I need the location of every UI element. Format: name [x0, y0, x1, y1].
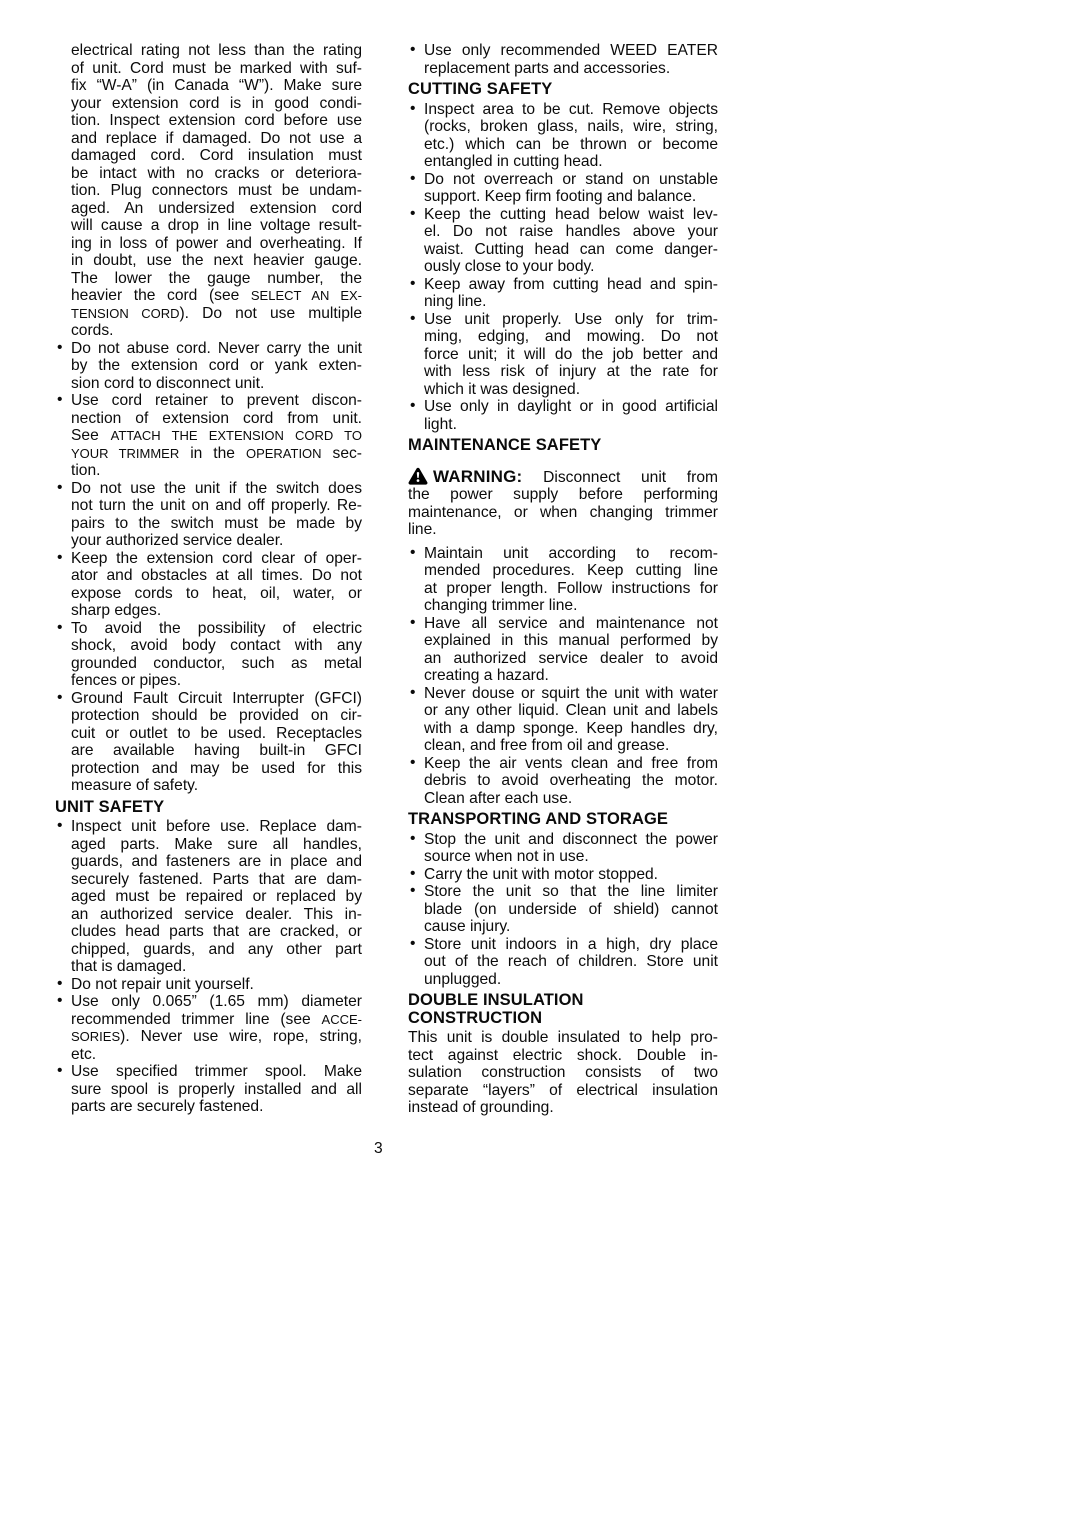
text-line: securely fastened. Parts that are dam-	[71, 871, 362, 889]
text-line: your extension cord is in good condi-	[71, 95, 362, 113]
text-line: ming, edging, and mowing. Do not	[424, 328, 718, 346]
bullet-item: •Maintain unit according to recom-mended…	[408, 545, 718, 615]
text-line: grounded conductor, such as metal	[71, 655, 362, 673]
text-line: measure of safety.	[71, 777, 362, 795]
text-line: are available having built-in GFCI	[71, 742, 362, 760]
text-line: Have all service and maintenance not	[424, 615, 718, 633]
text-line: an authorized service dealer to avoid	[424, 650, 718, 668]
text-line: debris to avoid overheating the motor.	[424, 772, 718, 790]
text-line: Do not use the unit if the switch does	[71, 480, 362, 498]
text-line: aged. An undersized extension cord	[71, 200, 362, 218]
text-line: tion. Inspect extension cord before use	[71, 112, 362, 130]
text-line: in doubt, use the next heavier gauge.	[71, 252, 362, 270]
bullet-marker: •	[57, 339, 62, 357]
bullet-marker: •	[410, 205, 415, 223]
text-line: Use only in daylight or in good artifici…	[424, 398, 718, 416]
text-line: mended procedures. Keep cutting line	[424, 562, 718, 580]
text-line: cause injury.	[424, 918, 718, 936]
text-line: expose cords to heat, oil, water, or	[71, 585, 362, 603]
bullet-item: •Stop the unit and disconnect the powers…	[408, 831, 718, 866]
bullet-item: •To avoid the possibility of electricsho…	[55, 620, 362, 690]
bullet-item: •Carry the unit with motor stopped.	[408, 866, 718, 884]
bullet-marker: •	[57, 975, 62, 993]
bullet-item: •Use only 0.065” (1.65 mm) diameterrecom…	[55, 993, 362, 1063]
bullet-marker: •	[57, 817, 62, 835]
text-line: light.	[424, 416, 718, 434]
bullet-marker: •	[410, 544, 415, 562]
text-line: UNIT SAFETY	[55, 799, 362, 817]
text-line: WARNING: Disconnect unit from	[408, 467, 718, 487]
document-page: electrical rating not less than the rati…	[0, 0, 1080, 1526]
text-line: Keep the air vents clean and free from	[424, 755, 718, 773]
text-line: replacement parts and accessories.	[424, 60, 718, 78]
text-segment: sec-	[322, 445, 362, 462]
text-line: clean, and free from oil and grease.	[424, 737, 718, 755]
text-line: sulation construction consists of two	[408, 1064, 718, 1082]
text-line: Inspect area to be cut. Remove objects	[424, 101, 718, 119]
text-line: Keep the extension cord clear of oper-	[71, 550, 362, 568]
text-line: cludes head parts that are cracked, or	[71, 923, 362, 941]
text-line: Clean after each use.	[424, 790, 718, 808]
text-segment: recommended trimmer line (see	[71, 1011, 322, 1028]
text-line: YOUR TRIMMER in the OPERATION sec-	[71, 445, 362, 463]
bullet-item: •Do not use the unit if the switch doesn…	[55, 480, 362, 550]
text-line: Use only recommended WEED EATER	[424, 42, 718, 60]
section-heading: CUTTING SAFETY	[408, 81, 718, 99]
text-line: be intact with no cracks or deteriora-	[71, 165, 362, 183]
text-line: Use unit properly. Use only for trim-	[424, 311, 718, 329]
bullet-marker: •	[57, 992, 62, 1010]
paragraph-continued: electrical rating not less than the rati…	[55, 42, 362, 340]
text-line: your authorized service dealer.	[71, 532, 362, 550]
text-line: etc.) which can be thrown or become	[424, 136, 718, 154]
left-column: electrical rating not less than the rati…	[55, 42, 362, 1116]
text-line: ator and obstacles at all times. Do not	[71, 567, 362, 585]
bullet-marker: •	[410, 100, 415, 118]
text-line: guards, and fasteners are in place and	[71, 853, 362, 871]
bullet-marker: •	[57, 619, 62, 637]
text-line: force unit; it will do the job better an…	[424, 346, 718, 364]
bullet-item: •Keep away from cutting head and spin-ni…	[408, 276, 718, 311]
text-line: with less risk of injury at the rate for	[424, 363, 718, 381]
text-line: nection of extension cord from unit.	[71, 410, 362, 428]
text-line: ning line.	[424, 293, 718, 311]
section-heading: TRANSPORTING AND STORAGE	[408, 811, 718, 829]
bullet-marker: •	[410, 41, 415, 59]
text-line: source when not in use.	[424, 848, 718, 866]
text-line: unplugged.	[424, 971, 718, 989]
text-segment: ). Do not use multiple	[179, 305, 362, 322]
bullet-marker: •	[410, 935, 415, 953]
text-line: fences or pipes.	[71, 672, 362, 690]
text-line: See ATTACH THE EXTENSION CORD TO	[71, 427, 362, 445]
text-line: entangled in cutting head.	[424, 153, 718, 171]
text-line: MAINTENANCE SAFETY	[408, 437, 718, 455]
text-line: sion cord to disconnect unit.	[71, 375, 362, 393]
text-line: Ground Fault Circuit Interrupter (GFCI)	[71, 690, 362, 708]
text-line: SORIES). Never use wire, rope, string,	[71, 1028, 362, 1046]
text-line: el. Do not raise handles above your	[424, 223, 718, 241]
text-line: This unit is double insulated to help pr…	[408, 1029, 718, 1047]
text-segment: ). Never use wire, rope, string,	[120, 1028, 362, 1045]
text-line: Do not repair unit yourself.	[71, 976, 362, 994]
bullet-item: •Inspect unit before use. Replace dam-ag…	[55, 818, 362, 976]
bullet-item: •Keep the extension cord clear of oper-a…	[55, 550, 362, 620]
text-line: Use cord retainer to prevent discon-	[71, 392, 362, 410]
text-line: aged must be repaired or replaced by	[71, 888, 362, 906]
text-line: To avoid the possibility of electric	[71, 620, 362, 638]
text-segment: Disconnect unit from	[522, 469, 718, 486]
text-line: CONSTRUCTION	[408, 1010, 718, 1028]
bullet-item: •Have all service and maintenance notexp…	[408, 615, 718, 685]
bullet-marker: •	[410, 170, 415, 188]
bullet-marker: •	[410, 614, 415, 632]
text-line: changing trimmer line.	[424, 597, 718, 615]
text-line: CUTTING SAFETY	[408, 81, 718, 99]
text-segment: ATTACH THE EXTENSION CORD TO	[111, 428, 362, 443]
bullet-marker: •	[57, 549, 62, 567]
bullet-marker: •	[57, 689, 62, 707]
text-line: explained in this manual performed by	[424, 632, 718, 650]
bullet-item: •Ground Fault Circuit Interrupter (GFCI)…	[55, 690, 362, 795]
bullet-marker: •	[57, 479, 62, 497]
text-line: The lower the gauge number, the	[71, 270, 362, 288]
text-line: cuit or outlet to be used. Receptacles	[71, 725, 362, 743]
text-line: sharp edges.	[71, 602, 362, 620]
bullet-item: •Use only recommended WEED EATERreplacem…	[408, 42, 718, 77]
text-segment: SORIES	[71, 1029, 120, 1044]
text-line: an authorized service dealer. This in-	[71, 906, 362, 924]
text-line: TRANSPORTING AND STORAGE	[408, 811, 718, 829]
text-line: ing in loss of power and overheating. If	[71, 235, 362, 253]
text-line: pairs to the switch must be made by	[71, 515, 362, 533]
text-line: Do not abuse cord. Never carry the unit	[71, 340, 362, 358]
section-heading: UNIT SAFETY	[55, 799, 362, 817]
text-segment: OPERATION	[246, 446, 322, 461]
text-line: aged parts. Make sure all handles,	[71, 836, 362, 854]
text-line: support. Keep firm footing and balance.	[424, 188, 718, 206]
bullet-marker: •	[410, 754, 415, 772]
text-line: separate “layers” of electrical insulati…	[408, 1082, 718, 1100]
text-line: Keep away from cutting head and spin-	[424, 276, 718, 294]
text-line: will cause a drop in line voltage result…	[71, 217, 362, 235]
text-line: at proper length. Follow instructions fo…	[424, 580, 718, 598]
text-line: protection should be provided on cir-	[71, 707, 362, 725]
bullet-marker: •	[57, 1062, 62, 1080]
text-segment: in the	[179, 445, 246, 462]
text-line: Store unit indoors in a high, dry place	[424, 936, 718, 954]
text-line: ously close to your body.	[424, 258, 718, 276]
text-line: of unit. Cord must be marked with suf-	[71, 60, 362, 78]
text-line: protection and may be used for this	[71, 760, 362, 778]
bullet-item: •Keep the air vents clean and free fromd…	[408, 755, 718, 808]
bullet-item: •Store unit indoors in a high, dry place…	[408, 936, 718, 989]
bullet-item: •Do not repair unit yourself.	[55, 976, 362, 994]
text-line: Carry the unit with motor stopped.	[424, 866, 718, 884]
bullet-item: •Use only in daylight or in good artific…	[408, 398, 718, 433]
text-line: tion. Plug connectors must be undam-	[71, 182, 362, 200]
text-segment: SELECT AN EX-	[251, 288, 362, 303]
paragraph: This unit is double insulated to help pr…	[408, 1029, 718, 1117]
bullet-marker: •	[410, 882, 415, 900]
text-line: Inspect unit before use. Replace dam-	[71, 818, 362, 836]
text-line: line.	[408, 521, 718, 539]
text-line: which it was designed.	[424, 381, 718, 399]
text-segment: See	[71, 427, 111, 444]
text-line: tect against electric shock. Double in-	[408, 1047, 718, 1065]
bullet-marker: •	[410, 275, 415, 293]
bullet-marker: •	[410, 310, 415, 328]
text-line: instead of grounding.	[408, 1099, 718, 1117]
text-line: Never douse or squirt the unit with wate…	[424, 685, 718, 703]
text-segment: TENSION CORD	[71, 306, 179, 321]
text-line: Use specified trimmer spool. Make	[71, 1063, 362, 1081]
text-line: maintenance, or when changing trimmer	[408, 504, 718, 522]
text-line: blade (on underside of shield) cannot	[424, 901, 718, 919]
text-line: damaged cord. Cord insulation must	[71, 147, 362, 165]
bullet-item: •Do not overreach or stand on unstablesu…	[408, 171, 718, 206]
bullet-marker: •	[410, 865, 415, 883]
text-line: DOUBLE INSULATION	[408, 992, 718, 1010]
bullet-marker: •	[410, 830, 415, 848]
bullet-item: •Keep the cutting head below waist lev-e…	[408, 206, 718, 276]
text-line: Keep the cutting head below waist lev-	[424, 206, 718, 224]
text-line: that is damaged.	[71, 958, 362, 976]
text-line: cords.	[71, 322, 362, 340]
bullet-item: •Inspect area to be cut. Remove objects(…	[408, 101, 718, 171]
text-line: with a damp sponge. Keep handles dry,	[424, 720, 718, 738]
bullet-marker: •	[410, 684, 415, 702]
text-line: sure spool is properly installed and all	[71, 1081, 362, 1099]
bullet-item: •Store the unit so that the line limiter…	[408, 883, 718, 936]
bullet-marker: •	[57, 391, 62, 409]
text-line: fix “W-A” (in Canada “W”). Make sure	[71, 77, 362, 95]
bullet-item: •Never douse or squirt the unit with wat…	[408, 685, 718, 755]
text-line: tion.	[71, 462, 362, 480]
bullet-item: •Do not abuse cord. Never carry the unit…	[55, 340, 362, 393]
warning-note: WARNING: Disconnect unit fromthe power s…	[408, 467, 718, 539]
warning-triangle-icon	[408, 467, 428, 487]
text-line: shock, avoid body contact with any	[71, 637, 362, 655]
bullet-item: •Use specified trimmer spool. Makesure s…	[55, 1063, 362, 1116]
right-column: •Use only recommended WEED EATERreplacem…	[408, 42, 718, 1117]
section-heading: MAINTENANCE SAFETY	[408, 437, 718, 455]
text-line: heavier the cord (see SELECT AN EX-	[71, 287, 362, 305]
text-line: recommended trimmer line (see ACCE-	[71, 1011, 362, 1029]
text-line: etc.	[71, 1046, 362, 1064]
text-line: not turn the unit on and off properly. R…	[71, 497, 362, 515]
text-line: Stop the unit and disconnect the power	[424, 831, 718, 849]
text-line: waist. Cutting head can come danger-	[424, 241, 718, 259]
text-line: Store the unit so that the line limiter	[424, 883, 718, 901]
text-line: parts are securely fastened.	[71, 1098, 362, 1116]
text-line: by the extension cord or yank exten-	[71, 357, 362, 375]
text-line: or any other liquid. Clean unit and labe…	[424, 702, 718, 720]
text-line: chipped, guards, and any other part	[71, 941, 362, 959]
bullet-item: •Use unit properly. Use only for trim-mi…	[408, 311, 718, 399]
text-line: Maintain unit according to recom-	[424, 545, 718, 563]
section-heading: DOUBLE INSULATIONCONSTRUCTION	[408, 992, 718, 1027]
text-segment: ACCE-	[322, 1012, 362, 1027]
text-line: out of the reach of children. Store unit	[424, 953, 718, 971]
text-segment: YOUR TRIMMER	[71, 446, 179, 461]
text-segment: heavier the cord (see	[71, 287, 251, 304]
text-line: TENSION CORD). Do not use multiple	[71, 305, 362, 323]
warning-label: WARNING:	[433, 467, 522, 486]
text-line: and replace if damaged. Do not use a	[71, 130, 362, 148]
text-line: Do not overreach or stand on unstable	[424, 171, 718, 189]
text-line: the power supply before performing	[408, 486, 718, 504]
text-line: electrical rating not less than the rati…	[71, 42, 362, 60]
text-line: (rocks, broken glass, nails, wire, strin…	[424, 118, 718, 136]
bullet-marker: •	[410, 397, 415, 415]
page-number: 3	[374, 1140, 383, 1158]
text-line: Use only 0.065” (1.65 mm) diameter	[71, 993, 362, 1011]
bullet-item: •Use cord retainer to prevent discon-nec…	[55, 392, 362, 480]
text-line: creating a hazard.	[424, 667, 718, 685]
